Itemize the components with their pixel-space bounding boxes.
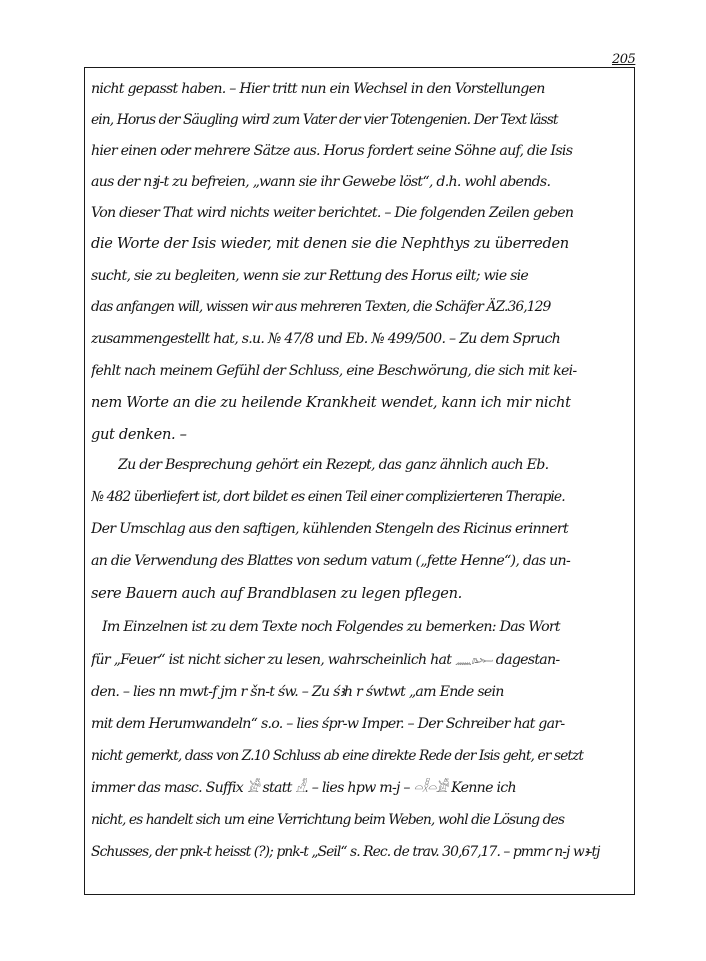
manuscript-line: fehlt nach meinem Gefühl der Schluss, ei… <box>91 361 636 381</box>
manuscript-line: sere Bauern auch auf Brandblasen zu lege… <box>91 584 636 604</box>
manuscript-line: Zu der Besprechung gehört ein Rezept, da… <box>118 455 636 475</box>
manuscript-line: Im Einzelnen ist zu dem Texte noch Folge… <box>102 617 636 637</box>
page-number: 205 <box>612 52 635 67</box>
manuscript-line: nicht gepasst haben. – Hier tritt nun ei… <box>91 79 636 99</box>
manuscript-line: ein, Horus der Säugling wird zum Vater d… <box>91 110 636 130</box>
manuscript-line: hier einen oder mehrere Sätze aus. Horus… <box>91 141 636 161</box>
manuscript-line: № 482 überliefert ist, dort bildet es ei… <box>91 487 636 507</box>
manuscript-line: mit dem Herumwandeln“ s.o. – lies śpr-w … <box>91 714 636 734</box>
manuscript-line: die Worte der Isis wieder, mit denen sie… <box>91 234 636 254</box>
manuscript-line: nicht gemerkt, dass von Z.10 Schluss ab … <box>91 746 636 766</box>
manuscript-line: den. – lies nn mwt-f jm r šn-t św. – Zu … <box>91 682 636 702</box>
manuscript-line: das anfangen will, wissen wir aus mehrer… <box>91 297 636 317</box>
manuscript-line: an die Verwendung des Blattes von sedum … <box>91 551 636 571</box>
manuscript-line: Schusses, der pnk-t heisst (?); pnk-t „S… <box>91 842 636 862</box>
manuscript-line: zusammengestellt hat, s.u. № 47/8 und Eb… <box>91 329 636 349</box>
manuscript-line: Der Umschlag aus den saftigen, kühlenden… <box>91 519 636 539</box>
manuscript-line: Von dieser That wird nichts weiter beric… <box>91 203 636 223</box>
manuscript-line: aus der nꜣj-t zu befreien, „wann sie ihr… <box>91 172 636 192</box>
manuscript-line: für „Feuer“ ist nicht sicher zu lesen, w… <box>91 650 636 670</box>
manuscript-line: nem Worte an die zu heilende Krankheit w… <box>91 393 636 413</box>
manuscript-line: immer das masc. Suffix 𓀀 statt 𓁐. – lies… <box>91 778 636 798</box>
manuscript-line: sucht, sie zu begleiten, wenn sie zur Re… <box>91 266 636 286</box>
manuscript-line: nicht, es handelt sich um eine Verrichtu… <box>91 810 636 830</box>
manuscript-line: gut denken. – <box>91 425 636 445</box>
